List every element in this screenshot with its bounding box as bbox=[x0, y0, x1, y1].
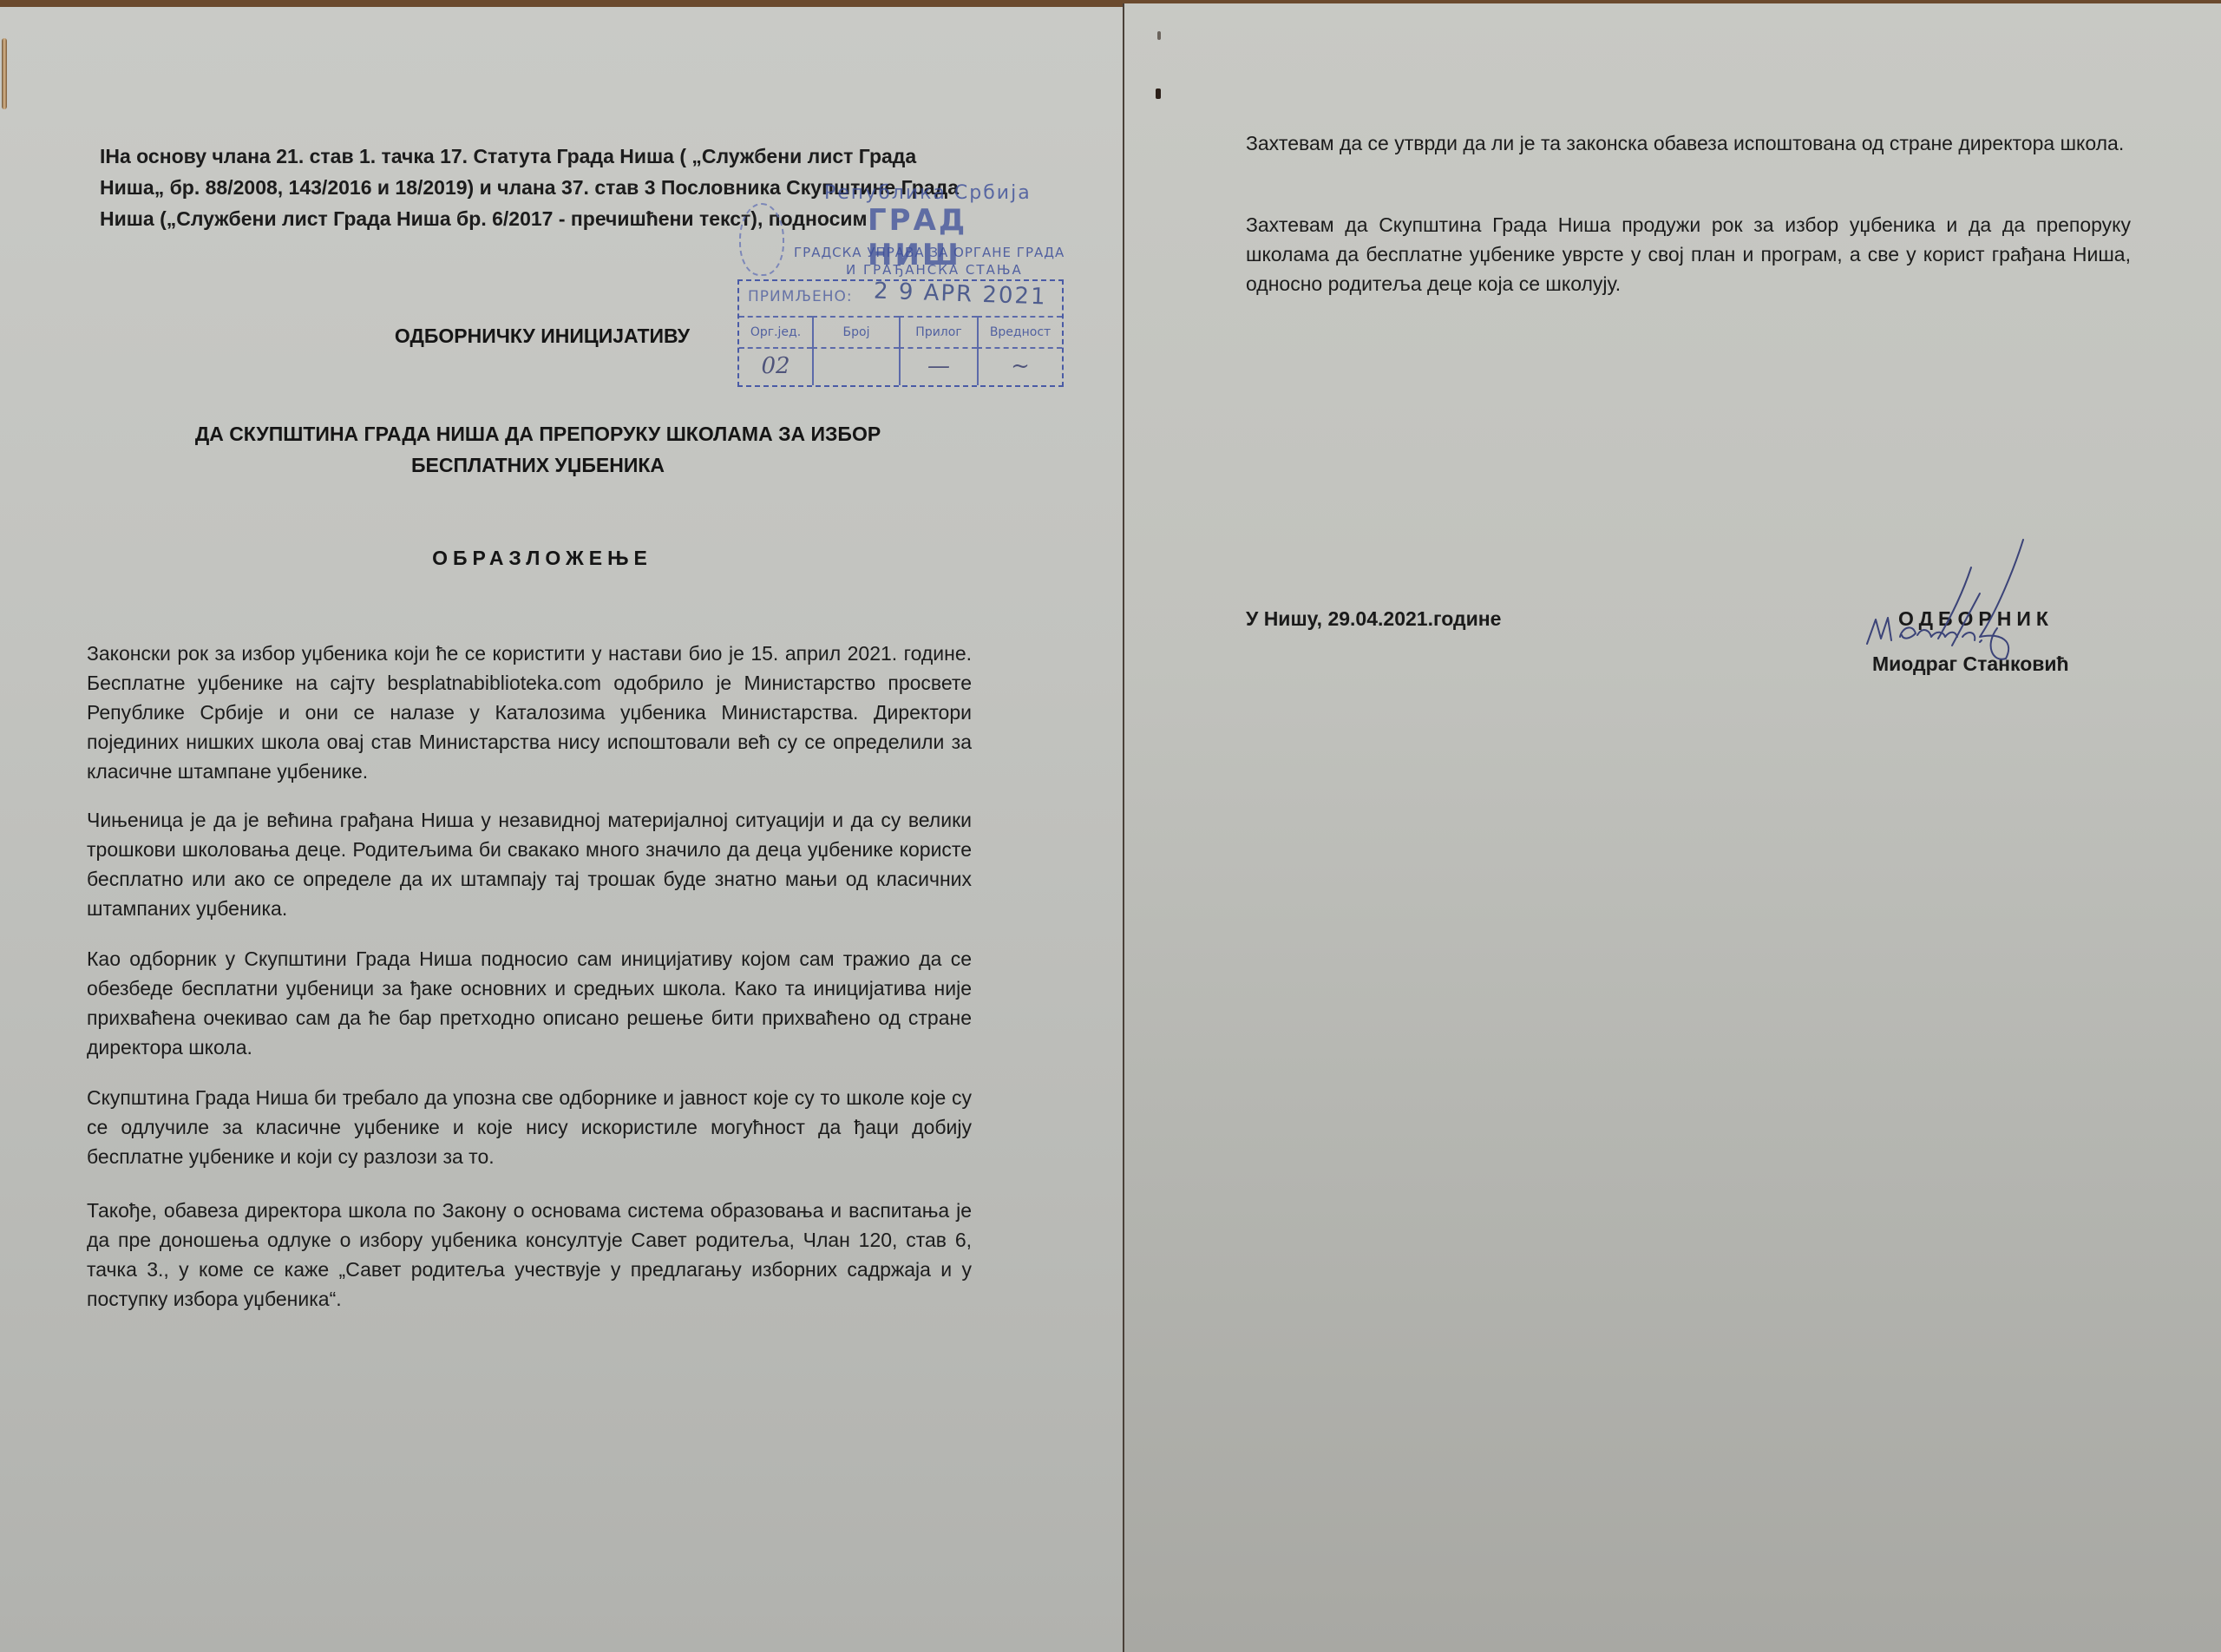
stamp-line-republic: Република Србија bbox=[824, 182, 1032, 204]
punch-hole-icon bbox=[1157, 31, 1161, 40]
stamp-line-administration: ГРАДСКА УПРАВА ЗА ОРГАНЕ ГРАДА bbox=[794, 245, 1065, 260]
received-stamp: Република Србија ГРАД НИШ ГРАДСКА УПРАВА… bbox=[737, 177, 1067, 394]
document-page-right: Захтевам да се утврди да ли је та законс… bbox=[1123, 3, 2221, 1652]
stamp-val-attachment: — bbox=[899, 347, 977, 385]
document-page-left: IНа основу члана 21. став 1. тачка 17. С… bbox=[0, 7, 1123, 1652]
stamp-val-number bbox=[812, 347, 899, 385]
request-paragraph: Захтевам да Скупштина Града Ниша продужи… bbox=[1246, 210, 2131, 298]
handwritten-signature-icon bbox=[1850, 533, 2032, 663]
rationale-paragraph: Чињеница је да је већина грађана Ниша у … bbox=[87, 805, 972, 923]
section-heading-rationale: ОБРАЗЛОЖЕЊЕ bbox=[191, 543, 894, 573]
rationale-paragraph: Такође, обавеза директора школа по Закон… bbox=[87, 1196, 972, 1314]
coat-of-arms-icon bbox=[739, 203, 784, 276]
stamp-col-value: Вредност bbox=[977, 316, 1062, 347]
rationale-paragraph: Као одборник у Скупштини Града Ниша подн… bbox=[87, 944, 972, 1062]
stamp-received-label: ПРИМЉЕНО: bbox=[748, 288, 853, 305]
stamp-col-attachment: Прилог bbox=[899, 316, 977, 347]
stamp-val-value: ~ bbox=[977, 347, 1062, 385]
stamp-received-date: 2 9 APR 2021 bbox=[874, 279, 1048, 311]
document-title: ОДБОРНИЧКУ ИНИЦИЈАТИВУ bbox=[191, 321, 894, 351]
stamp-val-org-unit: 02 bbox=[739, 347, 812, 385]
rationale-paragraph: Скупштина Града Ниша би требало да упозн… bbox=[87, 1083, 972, 1171]
request-paragraph: Захтевам да се утврди да ли је та законс… bbox=[1246, 128, 2131, 158]
rationale-paragraph: Законски рок за избор уџбеника који ће с… bbox=[87, 639, 972, 786]
place-and-date: У Нишу, 29.04.2021.године bbox=[1246, 607, 1501, 631]
document-subject: ДА СКУПШТИНА ГРАДА НИША ДА ПРЕПОРУКУ ШКО… bbox=[130, 418, 946, 481]
staple-icon bbox=[2, 38, 7, 109]
stamp-line-civil-status: И ГРАЂАНСКА СТАЊА bbox=[846, 262, 1023, 278]
punch-hole-icon bbox=[1156, 88, 1161, 99]
